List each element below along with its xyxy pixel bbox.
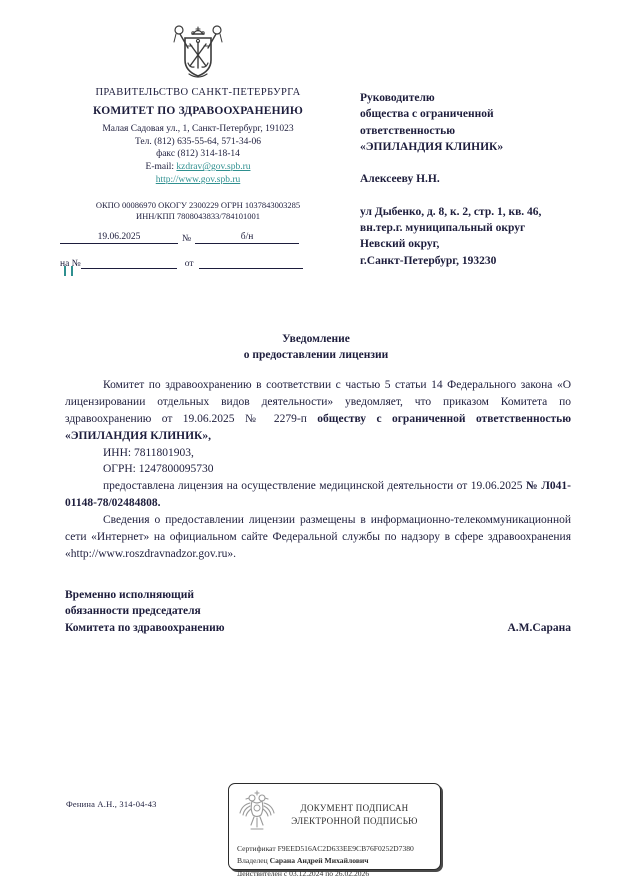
outgoing-number: б/н	[195, 232, 299, 244]
letterhead-fax: факс (812) 314-18-14	[60, 148, 336, 161]
government-name: ПРАВИТЕЛЬСТВО САНКТ-ПЕТЕРБУРГА	[60, 87, 336, 98]
ogrn-line: ОГРН: 1247800095730	[65, 461, 571, 478]
executor-contact: Фенина А.Н., 314-04-43	[66, 799, 157, 809]
reference-number-row: на № от	[60, 259, 336, 269]
outgoing-number-row: 19.06.2025 № б/н	[60, 232, 336, 244]
recipient-block: Руководителю общества с ограниченной отв…	[360, 90, 595, 269]
paragraph-notification: Комитет по здравоохранению в соответстви…	[65, 377, 571, 445]
letterhead-email-line: E-mail: kzdrav@gov.spb.ru	[60, 161, 336, 174]
ref-from-label: от	[185, 259, 194, 269]
registration-marks	[64, 266, 73, 276]
recipient-address-line: вн.тер.г. муниципальный округ	[360, 220, 595, 236]
paragraph-license: предоставлена лицензия на осуществление …	[65, 478, 571, 512]
okpo-ogrn-line: ОКПО 00086970 ОКОГУ 2300229 ОГРН 1037843…	[60, 200, 336, 212]
committee-name: КОМИТЕТ ПО ЗДРАВООХРАНЕНИЮ	[60, 105, 336, 117]
signer-position-line: Комитета по здравоохранению	[65, 620, 225, 636]
letter-page: ПРАВИТЕЛЬСТВО САНКТ-ПЕТЕРБУРГА КОМИТЕТ П…	[0, 0, 632, 876]
ref-date-blank	[199, 268, 303, 269]
letterhead-address: Малая Садовая ул., 1, Санкт-Петербург, 1…	[60, 123, 336, 136]
russian-eagle-icon	[237, 789, 277, 840]
stamp-certificate-line: Сертификат F9EED516AC2D633EE9CB76F0252D7…	[237, 843, 432, 855]
ref-number-blank	[81, 268, 177, 269]
stamp-title-line-1: ДОКУМЕНТ ПОДПИСАН	[277, 802, 432, 815]
outgoing-date: 19.06.2025	[60, 232, 178, 244]
letter-body: Комитет по здравоохранению в соответстви…	[65, 377, 571, 563]
recipient-line: Руководителю	[360, 90, 595, 106]
letterhead: ПРАВИТЕЛЬСТВО САНКТ-ПЕТЕРБУРГА КОМИТЕТ П…	[60, 22, 336, 269]
signature-block: Временно исполняющий обязанности председ…	[65, 587, 571, 636]
stamp-owner-line: Владелец Сарана Андрей Михайлович	[237, 855, 432, 867]
title-line-2: о предоставлении лицензии	[0, 347, 632, 363]
recipient-line: ответственностью	[360, 123, 595, 139]
signer-name: А.М.Сарана	[508, 620, 572, 636]
inn-line: ИНН: 7811801903,	[65, 445, 571, 462]
title-line-1: Уведомление	[0, 331, 632, 347]
digital-signature-stamp: ДОКУМЕНТ ПОДПИСАН ЭЛЕКТРОННОЙ ПОДПИСЬЮ С…	[228, 783, 441, 870]
email-label: E-mail:	[146, 162, 175, 172]
recipient-address-line: ул Дыбенко, д. 8, к. 2, стр. 1, кв. 46,	[360, 204, 595, 220]
website-link[interactable]: http://www.gov.spb.ru	[156, 175, 241, 185]
stamp-title-line-2: ЭЛЕКТРОННОЙ ПОДПИСЬЮ	[277, 815, 432, 828]
paragraph-internet-info: Сведения о предоставлении лицензии разме…	[65, 512, 571, 563]
recipient-person: Алексееву Н.Н.	[360, 171, 595, 187]
letterhead-phone: Тел. (812) 635-55-64, 571-34-06	[60, 136, 336, 149]
recipient-line: общества с ограниченной	[360, 106, 595, 122]
document-title: Уведомление о предоставлении лицензии	[0, 331, 632, 363]
signer-position-line: обязанности председателя	[65, 603, 225, 619]
signer-position-line: Временно исполняющий	[65, 587, 225, 603]
recipient-address-line: г.Санкт-Петербург, 193230	[360, 253, 595, 269]
email-link[interactable]: kzdrav@gov.spb.ru	[176, 162, 250, 172]
number-sign: №	[182, 234, 191, 244]
spb-coat-of-arms-icon	[60, 22, 336, 82]
certificate-value: F9EED516AC2D633EE9CB76F0252D7380	[278, 844, 414, 853]
recipient-address-line: Невский округ,	[360, 236, 595, 252]
inn-kpp-line: ИНН/КПП 7808043833/784101001	[60, 211, 336, 223]
stamp-validity-line: Действителен с 03.12.2024 по 26.02.2026	[237, 868, 432, 876]
owner-name: Сарана Андрей Михайлович	[270, 856, 369, 865]
recipient-company: «ЭПИЛАНДИЯ КЛИНИК»	[360, 139, 595, 155]
